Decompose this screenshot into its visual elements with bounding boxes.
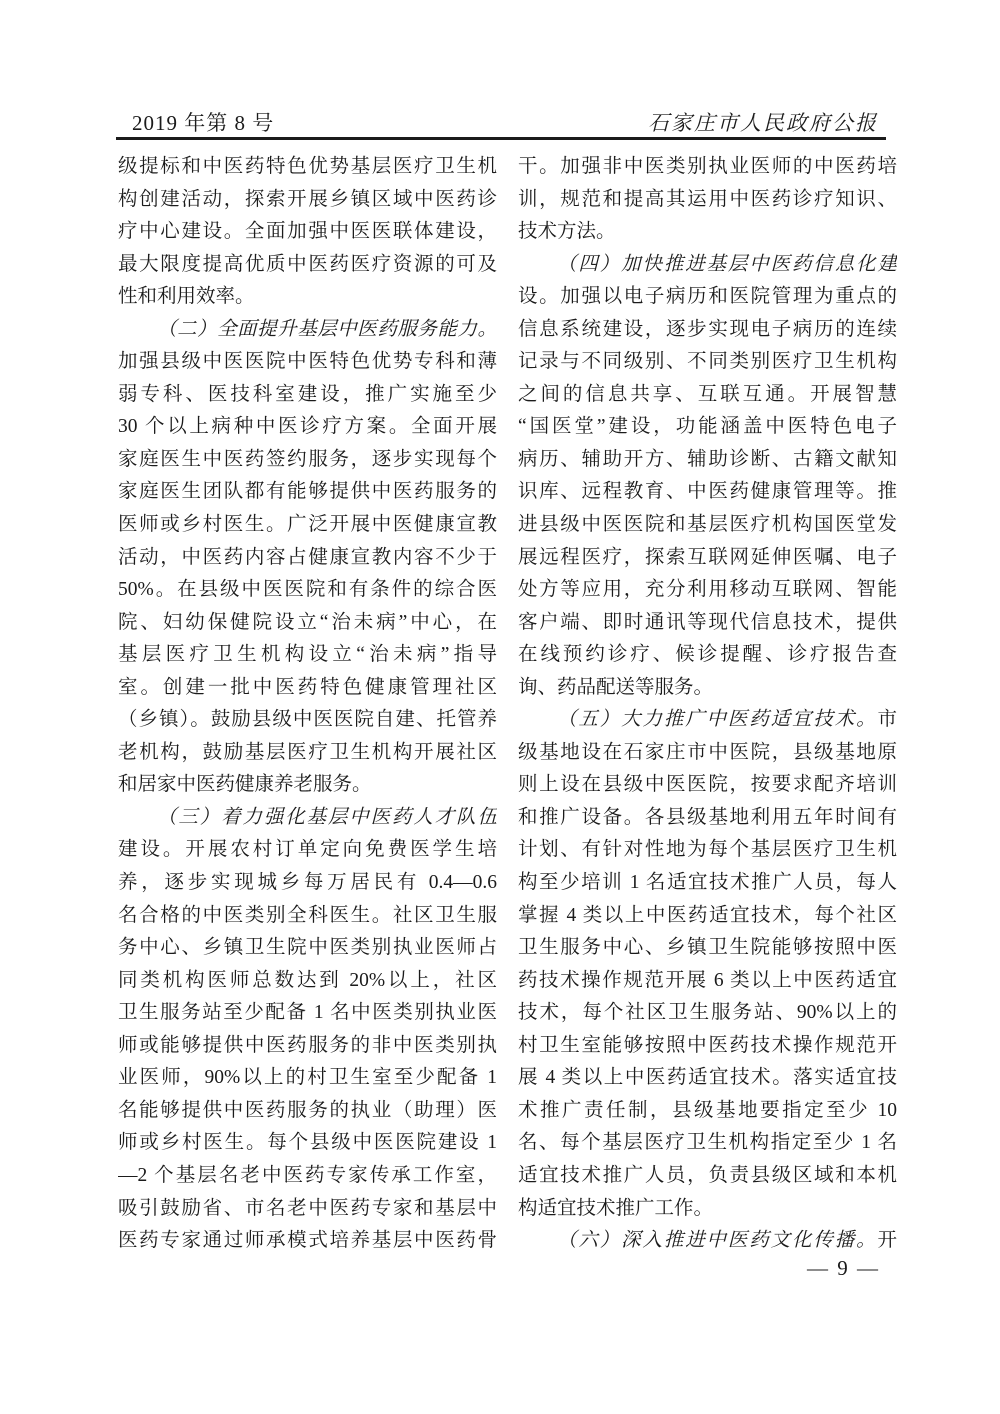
body-text: 记录与不同级别、不同类别医疗卫生机构 (518, 351, 897, 372)
body-text: 30 个以上病种中医诊疗方案。全面开展 (118, 416, 497, 437)
body-text: 在线预约诊疗、候诊提醒、诊疗报告查 (518, 644, 897, 665)
body-text: 养，逐步实现城乡每万居民有 0.4—0.6 (118, 872, 497, 893)
text-line: 50%。在县级中医医院和有条件的综合医 (118, 574, 497, 607)
header-issue-number: 2019 年第 8 号 (132, 107, 274, 137)
text-line: 病历、辅助开方、辅助诊断、古籍文献知 (518, 444, 897, 477)
text-line: 构创建活动，探索开展乡镇区域中医药诊 (118, 184, 497, 217)
text-line: “国医堂”建设，功能涵盖中医特色电子 (518, 411, 897, 444)
text-line: 之间的信息共享、互联互通。开展智慧 (518, 379, 897, 412)
body-text: 同类机构医师总数达到 20%以上，社区 (118, 970, 497, 991)
body-text: 询、药品配送等服务。 (518, 677, 713, 698)
text-line: —2 个基层名老中医药专家传承工作室， (118, 1160, 497, 1193)
text-line: 基层医疗卫生机构设立“治未病”指导 (118, 639, 497, 672)
heading-text: （六）深入推进中医药文化传播。 (557, 1230, 877, 1251)
body-text: 弱专科、医技科室建设，推广实施至少 (118, 384, 497, 405)
text-line: 医师或乡村医生。广泛开展中医健康宣教 (118, 509, 497, 542)
text-line: 建设。开展农村订单定向免费医学生培 (118, 834, 497, 867)
text-line: 掌握 4 类以上中医药适宜技术，每个社区 (518, 900, 897, 933)
page-number: — 9 — (807, 1256, 880, 1281)
text-line: 在线预约诊疗、候诊提醒、诊疗报告查 (518, 639, 897, 672)
text-line: 技术，每个社区卫生服务站、90%以上的 (518, 997, 897, 1030)
body-text: （乡镇）。鼓励县级中医医院自建、托管养 (118, 709, 497, 730)
text-line: （三）着力强化基层中医药人才队伍 (118, 802, 497, 835)
body-text: 医师或乡村医生。广泛开展中医健康宣教 (118, 514, 497, 535)
body-text: 疗中心建设。全面加强中医医联体建设， (118, 221, 497, 242)
text-line: 吸引鼓励省、市名老中医药专家和基层中 (118, 1193, 497, 1226)
body-text: 50%。在县级中医医院和有条件的综合医 (118, 579, 497, 600)
body-text: 家庭医生团队都有能够提供中医药服务的 (118, 481, 497, 502)
body-text: 活动，中医药内容占健康宣教内容不少于 (118, 547, 497, 568)
text-line: 进县级中医医院和基层医疗机构国医堂发 (518, 509, 897, 542)
text-line: 处方等应用，充分利用移动互联网、智能 (518, 574, 897, 607)
text-line: 识库、远程教育、中医药健康管理等。推 (518, 476, 897, 509)
body-text: 院、妇幼保健院设立“治未病”中心，在 (118, 612, 497, 633)
text-line: 卫生服务中心、乡镇卫生院能够按照中医 (518, 932, 897, 965)
text-line: 性和利用效率。 (118, 281, 497, 314)
body-text: 级基地设在石家庄市中医院，县级基地原 (518, 742, 897, 763)
body-text: 展 4 类以上中医药适宜技术。落实适宜技 (518, 1067, 897, 1088)
body-text: 卫生服务站至少配备 1 名中医类别执业医 (118, 1002, 497, 1023)
body-text: 师或能够提供中医药服务的非中医类别执 (118, 1035, 497, 1056)
text-line: 师或能够提供中医药服务的非中医类别执 (118, 1030, 497, 1063)
header-gazette-title: 石家庄市人民政府公报 (648, 107, 878, 137)
body-text: 师或乡村医生。每个县级中医医院建设 1 (118, 1132, 497, 1153)
text-line: 名能够提供中医药服务的执业（助理）医 (118, 1095, 497, 1128)
text-line: 务中心、乡镇卫生院中医类别执业医师占 (118, 932, 497, 965)
text-line: （四）加快推进基层中医药信息化建 (518, 249, 897, 282)
gazette-page: 2019 年第 8 号 石家庄市人民政府公报 级提标和中医药特色优势基层医疗卫生… (0, 0, 1000, 1414)
body-text: 医药专家通过师承模式培养基层中医药骨 (118, 1230, 497, 1251)
body-text: 建设。开展农村订单定向免费医学生培 (118, 839, 497, 860)
text-line: 院、妇幼保健院设立“治未病”中心，在 (118, 607, 497, 640)
body-text: 设。加强以电子病历和医院管理为重点的 (518, 286, 897, 307)
text-line: 卫生服务站至少配备 1 名中医类别执业医 (118, 997, 497, 1030)
body-text: 客户端、即时通讯等现代信息技术，提供 (518, 612, 897, 633)
body-text: 识库、远程教育、中医药健康管理等。推 (518, 481, 897, 502)
text-line: 干。加强非中医类别执业医师的中医药培 (518, 151, 897, 184)
header-rule (116, 137, 886, 140)
text-line: 业医师，90%以上的村卫生室至少配备 1 (118, 1062, 497, 1095)
text-line: 最大限度提高优质中医药医疗资源的可及 (118, 249, 497, 282)
text-line: 级提标和中医药特色优势基层医疗卫生机 (118, 151, 497, 184)
body-text: 名、每个基层医疗卫生机构指定至少 1 名 (518, 1132, 897, 1153)
text-line: 训，规范和提高其运用中医药诊疗知识、 (518, 184, 897, 217)
text-line: 30 个以上病种中医诊疗方案。全面开展 (118, 411, 497, 444)
body-text: 掌握 4 类以上中医药适宜技术，每个社区 (518, 905, 897, 926)
text-line: 老机构，鼓励基层医疗卫生机构开展社区 (118, 737, 497, 770)
body-text: 计划、有针对性地为每个基层医疗卫生机 (518, 839, 897, 860)
body-text: 加强县级中医医院中医特色优势专科和薄 (118, 351, 497, 372)
text-line: （五）大力推广中医药适宜技术。市 (518, 704, 897, 737)
body-text: 开 (877, 1230, 897, 1251)
body-text: —2 个基层名老中医药专家传承工作室， (118, 1165, 497, 1186)
body-text: 术推广责任制，县级基地要指定至少 10 (518, 1100, 897, 1121)
body-text: 信息系统建设，逐步实现电子病历的连续 (518, 319, 897, 340)
text-line: 构适宜技术推广工作。 (518, 1193, 897, 1226)
body-text: 市 (877, 709, 897, 730)
text-line: 技术方法。 (518, 216, 897, 249)
body-text: 务中心、乡镇卫生院中医类别执业医师占 (118, 937, 497, 958)
text-line: 询、药品配送等服务。 (518, 672, 897, 705)
text-line: 医药专家通过师承模式培养基层中医药骨 (118, 1225, 497, 1258)
body-text: 名能够提供中医药服务的执业（助理）医 (118, 1100, 497, 1121)
right-text-column: 干。加强非中医类别执业医师的中医药培训，规范和提高其运用中医药诊疗知识、技术方法… (518, 151, 897, 1258)
body-text: 药技术操作规范开展 6 类以上中医药适宜 (518, 970, 897, 991)
body-text: 室。创建一批中医药特色健康管理社区 (118, 677, 497, 698)
text-line: 计划、有针对性地为每个基层医疗卫生机 (518, 834, 897, 867)
body-text: 吸引鼓励省、市名老中医药专家和基层中 (118, 1198, 497, 1219)
body-text: 构适宜技术推广工作。 (518, 1198, 713, 1219)
body-text: 则上设在县级中医医院，按要求配齐培训 (518, 774, 897, 795)
body-text: 名合格的中医类别全科医生。社区卫生服 (118, 905, 497, 926)
text-line: 客户端、即时通讯等现代信息技术，提供 (518, 607, 897, 640)
text-line: 构至少培训 1 名适宜技术推广人员，每人 (518, 867, 897, 900)
body-text: 构创建活动，探索开展乡镇区域中医药诊 (118, 189, 497, 210)
text-line: 药技术操作规范开展 6 类以上中医药适宜 (518, 965, 897, 998)
text-line: 疗中心建设。全面加强中医医联体建设， (118, 216, 497, 249)
text-line: 级基地设在石家庄市中医院，县级基地原 (518, 737, 897, 770)
text-line: 村卫生室能够按照中医药技术操作规范开 (518, 1030, 897, 1063)
text-line: 术推广责任制，县级基地要指定至少 10 (518, 1095, 897, 1128)
body-text: 业医师，90%以上的村卫生室至少配备 1 (118, 1067, 497, 1088)
body-text: 之间的信息共享、互联互通。开展智慧 (518, 384, 897, 405)
text-line: 师或乡村医生。每个县级中医医院建设 1 (118, 1127, 497, 1160)
body-text: 训，规范和提高其运用中医药诊疗知识、 (518, 189, 897, 210)
text-line: 名、每个基层医疗卫生机构指定至少 1 名 (518, 1127, 897, 1160)
text-line: 家庭医生团队都有能够提供中医药服务的 (118, 476, 497, 509)
heading-text: （四）加快推进基层中医药信息化建 (557, 254, 897, 275)
text-line: 活动，中医药内容占健康宣教内容不少于 (118, 542, 497, 575)
text-line: 和推广设备。各县级基地利用五年时间有 (518, 802, 897, 835)
text-line: 弱专科、医技科室建设，推广实施至少 (118, 379, 497, 412)
body-text: 处方等应用，充分利用移动互联网、智能 (518, 579, 897, 600)
body-text: 级提标和中医药特色优势基层医疗卫生机 (118, 156, 497, 177)
body-text: 最大限度提高优质中医药医疗资源的可及 (118, 254, 497, 275)
text-line: 室。创建一批中医药特色健康管理社区 (118, 672, 497, 705)
body-text: 卫生服务中心、乡镇卫生院能够按照中医 (518, 937, 897, 958)
body-text: 和推广设备。各县级基地利用五年时间有 (518, 807, 897, 828)
body-text: 展远程医疗，探索互联网延伸医嘱、电子 (518, 547, 897, 568)
text-line: 家庭医生中医药签约服务，逐步实现每个 (118, 444, 497, 477)
body-text: 家庭医生中医药签约服务，逐步实现每个 (118, 449, 497, 470)
text-line: （乡镇）。鼓励县级中医医院自建、托管养 (118, 704, 497, 737)
text-line: 设。加强以电子病历和医院管理为重点的 (518, 281, 897, 314)
heading-text: （五）大力推广中医药适宜技术。 (557, 709, 877, 730)
text-line: （六）深入推进中医药文化传播。开 (518, 1225, 897, 1258)
text-line: 同类机构医师总数达到 20%以上，社区 (118, 965, 497, 998)
body-text: 性和利用效率。 (118, 286, 255, 307)
text-line: 和居家中医药健康养老服务。 (118, 769, 497, 802)
text-line: 养，逐步实现城乡每万居民有 0.4—0.6 (118, 867, 497, 900)
body-text: 构至少培训 1 名适宜技术推广人员，每人 (518, 872, 897, 893)
body-text: “国医堂”建设，功能涵盖中医特色电子 (518, 416, 897, 437)
body-text: 老机构，鼓励基层医疗卫生机构开展社区 (118, 742, 497, 763)
text-line: 展 4 类以上中医药适宜技术。落实适宜技 (518, 1062, 897, 1095)
body-text: 基层医疗卫生机构设立“治未病”指导 (118, 644, 497, 665)
text-line: 记录与不同级别、不同类别医疗卫生机构 (518, 346, 897, 379)
text-line: 适宜技术推广人员，负责县级区域和本机 (518, 1160, 897, 1193)
text-line: 则上设在县级中医医院，按要求配齐培训 (518, 769, 897, 802)
text-line: 展远程医疗，探索互联网延伸医嘱、电子 (518, 542, 897, 575)
text-line: （二）全面提升基层中医药服务能力。 (118, 314, 497, 347)
text-line: 加强县级中医医院中医特色优势专科和薄 (118, 346, 497, 379)
text-line: 信息系统建设，逐步实现电子病历的连续 (518, 314, 897, 347)
body-text: 进县级中医医院和基层医疗机构国医堂发 (518, 514, 897, 535)
body-text: 病历、辅助开方、辅助诊断、古籍文献知 (518, 449, 897, 470)
heading-text: （三）着力强化基层中医药人才队伍 (157, 807, 497, 828)
body-text: 技术，每个社区卫生服务站、90%以上的 (518, 1002, 897, 1023)
body-text: 干。加强非中医类别执业医师的中医药培 (518, 156, 897, 177)
left-text-column: 级提标和中医药特色优势基层医疗卫生机构创建活动，探索开展乡镇区域中医药诊疗中心建… (118, 151, 497, 1258)
body-text: 适宜技术推广人员，负责县级区域和本机 (518, 1165, 897, 1186)
heading-text: （二）全面提升基层中医药服务能力。 (157, 319, 497, 340)
text-line: 名合格的中医类别全科医生。社区卫生服 (118, 900, 497, 933)
body-text: 村卫生室能够按照中医药技术操作规范开 (518, 1035, 897, 1056)
body-text: 技术方法。 (518, 221, 616, 242)
body-text: 和居家中医药健康养老服务。 (118, 774, 372, 795)
